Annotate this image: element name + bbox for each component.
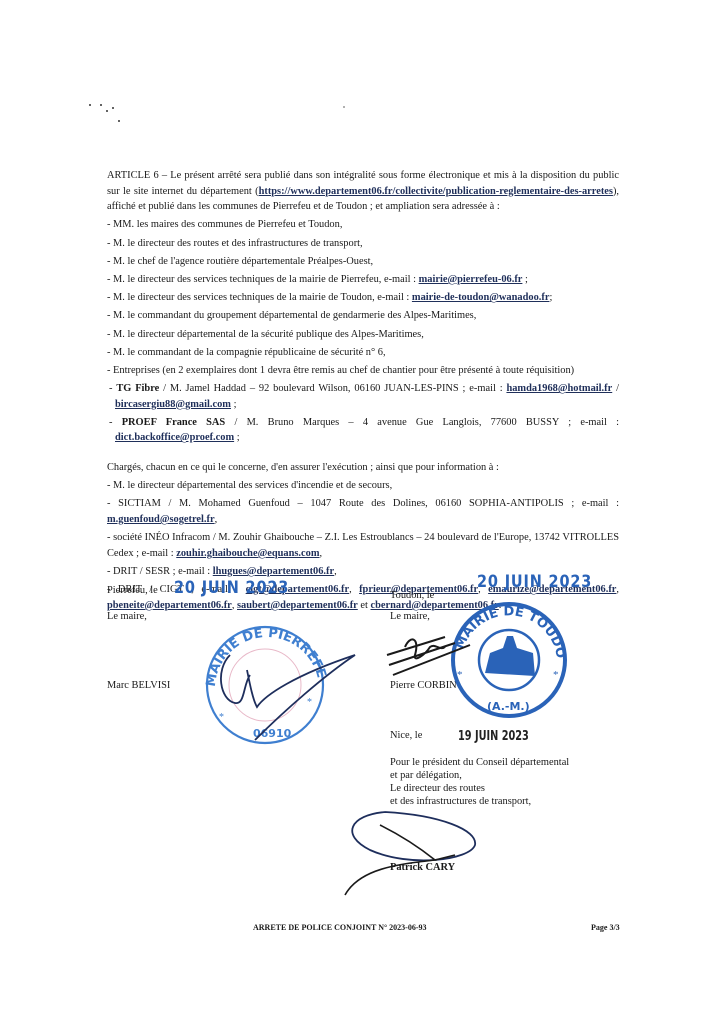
article-6-paragraph: ARTICLE 6 – Le présent arrêté sera publi…	[107, 168, 619, 215]
publication-link[interactable]: https://www.departement06.fr/collectivit…	[259, 186, 613, 197]
footer-title: ARRETE DE POLICE CONJOINT N° 2023-06-93	[253, 923, 427, 932]
recipient-item-companies: - Entreprises (en 2 exemplaires dont 1 d…	[107, 360, 619, 378]
article-body: ARTICLE 6 – Le présent arrêté sera publi…	[107, 168, 619, 613]
nice-place: Nice, le	[390, 730, 422, 741]
recipient-item: - M. le directeur départemental de la sé…	[107, 324, 619, 342]
toudon-place: Toudon, le	[390, 590, 434, 601]
email-link[interactable]: mairie@pierrefeu-06.fr	[419, 274, 523, 285]
toudon-signature	[385, 625, 485, 680]
svg-text:*: *	[307, 697, 312, 708]
pierrefeu-role: Le maire,	[107, 611, 147, 622]
email-link[interactable]: hamda1968@hotmail.fr	[506, 383, 612, 394]
svg-text:06910: 06910	[253, 727, 292, 740]
svg-text:(A.-M.): (A.-M.)	[487, 700, 530, 713]
page-number: Page 3/3	[591, 923, 620, 932]
company-tg-fibre: - TG Fibre / M. Jamel Haddad – 92 boulev…	[107, 378, 619, 412]
pierrefeu-mayor-name: Marc BELVISI	[107, 680, 170, 691]
email-link[interactable]: lhugues@departement06.fr	[213, 566, 334, 577]
toudon-role: Le maire,	[390, 611, 430, 622]
svg-text:*: *	[219, 712, 224, 723]
recipient-item-pierrefeu: - M. le directeur des services technique…	[107, 269, 619, 287]
toudon-date-stamp: 20 JUIN 2023	[477, 572, 592, 592]
info-item: - M. le directeur départemental des serv…	[107, 476, 619, 494]
info-item-ineo: - société INÉO Infracom / M. Zouhir Ghai…	[107, 528, 619, 562]
email-link[interactable]: pbeneite@departement06.fr	[107, 600, 232, 611]
company-proef: - PROEF France SAS / M. Bruno Marques – …	[107, 412, 619, 446]
pierrefeu-date-stamp: 20 JUIN 2023	[174, 578, 289, 598]
email-link[interactable]: saubert@departement06.fr	[237, 600, 358, 611]
info-item-sictiam: - SICTIAM / M. Mohamed Guenfoud – 1047 R…	[107, 494, 619, 528]
execution-intro: Chargés, chacun en ce qui le concerne, d…	[107, 460, 619, 476]
recipient-item: - MM. les maires des communes de Pierref…	[107, 215, 619, 233]
document-page: ARTICLE 6 – Le présent arrêté sera publi…	[0, 0, 724, 1024]
recipient-item-toudon: - M. le directeur des services technique…	[107, 288, 619, 306]
recipient-item: - M. le chef de l'agence routière départ…	[107, 251, 619, 269]
recipient-item: - M. le directeur des routes et des infr…	[107, 233, 619, 251]
email-link[interactable]: m.guenfoud@sogetrel.fr	[107, 514, 215, 525]
svg-text:MAIRIE DE PIERREFEU: MAIRIE DE PIERREFEU	[190, 604, 329, 688]
recipient-item: - M. le commandant de la compagnie répub…	[107, 342, 619, 360]
scan-specks	[88, 100, 138, 130]
email-link[interactable]: mairie-de-toudon@wanadoo.fr	[412, 292, 550, 303]
recipient-item: - M. le commandant du groupement départe…	[107, 306, 619, 324]
pierrefeu-seal-icon: MAIRIE DE PIERREFEU 06910 * *	[195, 615, 355, 745]
svg-text:*: *	[553, 669, 559, 681]
scan-speck	[343, 106, 345, 108]
email-link[interactable]: bircasergiu88@gmail.com	[115, 399, 231, 410]
email-link[interactable]: dict.backoffice@proef.com	[115, 432, 234, 443]
email-link[interactable]: zouhir.ghaibouche@equans.com	[176, 548, 319, 559]
pierrefeu-place: Pierrefeu, le	[107, 585, 158, 596]
nice-date-stamp: 19 JUIN 2023	[458, 729, 529, 744]
director-signature	[340, 800, 510, 900]
